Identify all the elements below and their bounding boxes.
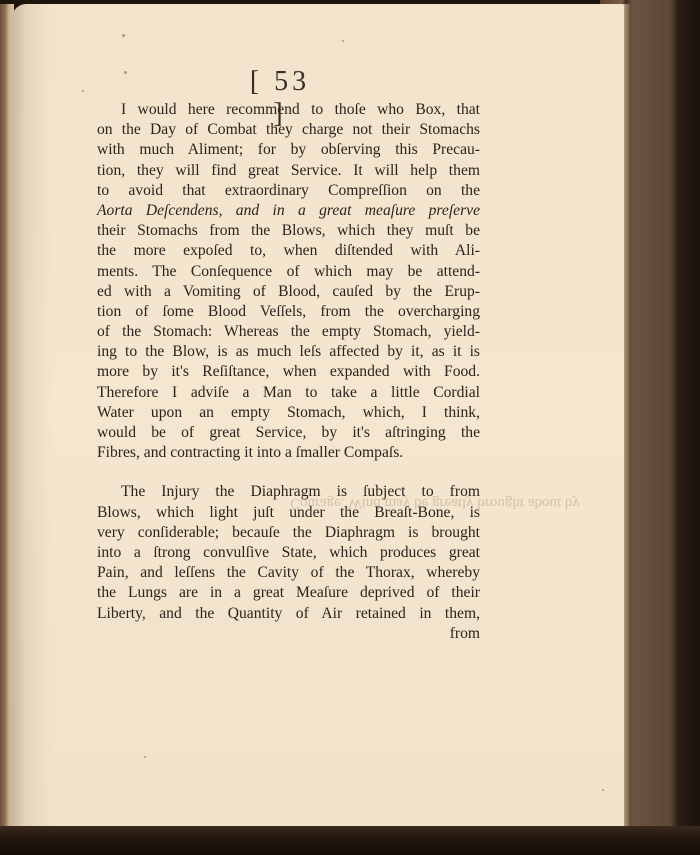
text-line: ing to the Blow, is as much leſs affecte… xyxy=(97,342,480,362)
text-line: on the Day of Combat they charge not the… xyxy=(97,120,480,140)
text-line: into a ſtrong convulſive State, which pr… xyxy=(97,543,480,563)
paper-speck xyxy=(124,71,127,74)
text-line: very conſiderable; becauſe the Diaphragm… xyxy=(97,523,480,543)
text-line: Aorta Deſcendens, and in a great meaſure… xyxy=(97,201,480,221)
page-body: I would here recommend to thoſe who Box,… xyxy=(97,100,480,644)
text-line: with much Aliment; for by obſerving this… xyxy=(97,140,480,160)
catchword: from xyxy=(97,624,480,644)
text-line: tion of ſome Blood Veſſels, from the ove… xyxy=(97,302,480,322)
text-line: tion, they will find great Service. It w… xyxy=(97,161,480,181)
text-line: the more expoſed to, when diſtended with… xyxy=(97,241,480,261)
text-line: Water upon an empty Stomach, which, I th… xyxy=(97,403,480,423)
text-line: Blows, which light juſt under the Breaſt… xyxy=(97,503,480,523)
text-line: Fibres, and contracting it into a ſmalle… xyxy=(97,443,480,463)
text-line: the Lungs are in a great Meaſure deprive… xyxy=(97,583,480,603)
text-line: I would here recommend to thoſe who Box,… xyxy=(97,100,480,120)
text-line: ments. The Conſequence of which may be a… xyxy=(97,262,480,282)
text-line: Therefore I adviſe a Man to take a littl… xyxy=(97,383,480,403)
paper-speck xyxy=(82,90,84,92)
scan-bottom-border xyxy=(0,826,700,855)
text-line: to avoid that extraordinary Compreſſion … xyxy=(97,181,480,201)
text-line: more by it's Reſiſtance, when expanded w… xyxy=(97,362,480,382)
paragraph-2: The Injury the Diaphragm is ſubject to f… xyxy=(97,482,480,623)
paper-speck xyxy=(342,40,344,42)
paragraph-gap xyxy=(97,463,480,482)
text-line: Liberty, and the Quantity of Air retaine… xyxy=(97,604,480,624)
text-line: their Stomachs from the Blows, which the… xyxy=(97,221,480,241)
text-line: of the Stomach: Whereas the empty Stomac… xyxy=(97,322,480,342)
text-line: Pain, and leſſens the Cavity of the Thor… xyxy=(97,563,480,583)
paper-speck xyxy=(122,34,125,37)
text-line: would be of great Service, by it's aſtri… xyxy=(97,423,480,443)
text-line: ed with a Vomiting of Blood, cauſed by t… xyxy=(97,282,480,302)
paper-speck xyxy=(144,756,146,758)
paragraph-1: I would here recommend to thoſe who Box,… xyxy=(97,100,480,463)
text-line: The Injury the Diaphragm is ſubject to f… xyxy=(97,482,480,502)
paper-speck xyxy=(602,789,604,791)
